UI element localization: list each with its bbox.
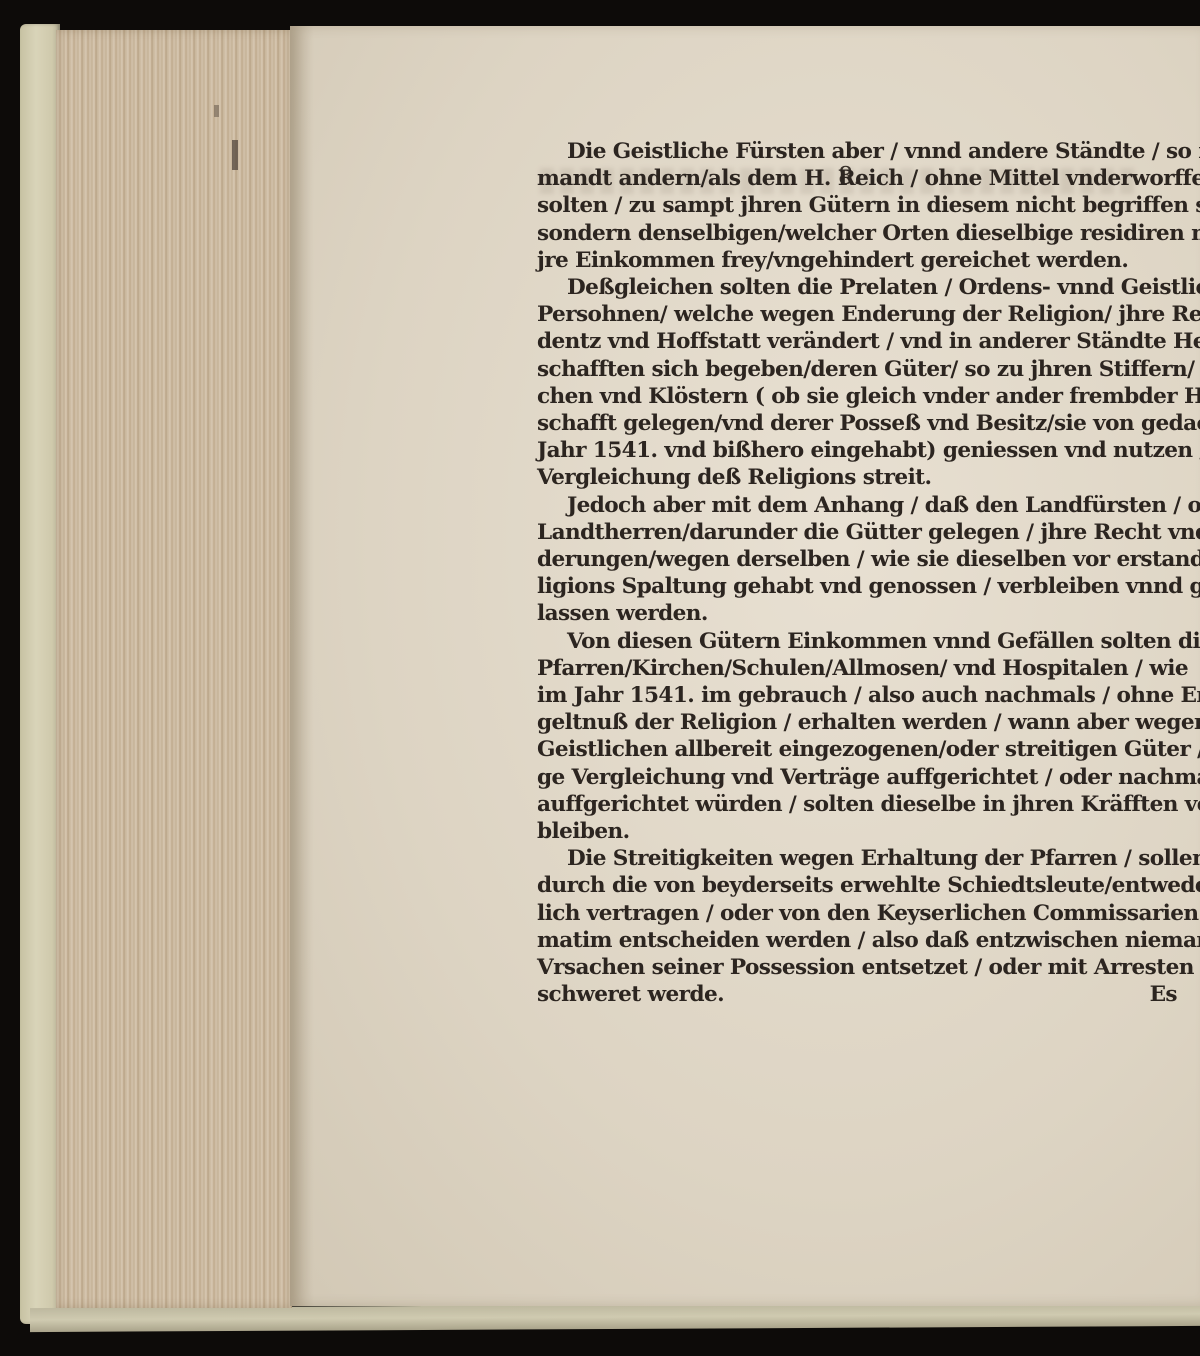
text-line: auffgerichtet würden / solten dieselbe i…: [537, 791, 1177, 818]
text-line: mandt andern/als dem H. Reich / ohne Mit…: [537, 165, 1177, 192]
text-line: chen vnd Klöstern ( ob sie gleich vnder …: [537, 383, 1177, 410]
text-line: Vrsachen seiner Possession entsetzet / o…: [537, 954, 1177, 981]
text-line: schweret werde.: [537, 981, 724, 1008]
gutter-shadow: [290, 26, 314, 1306]
text-line: Deßgleichen solten die Prelaten / Ordens…: [537, 274, 1177, 301]
catchword: Es: [1150, 981, 1177, 1008]
paragraph: Von diesen Gütern Einkommen vnnd Gefälle…: [537, 628, 1177, 846]
text-line: jre Einkommen frey/vngehindert gereichet…: [537, 247, 1177, 274]
text-line: Die Geistliche Fürsten aber / vnnd ander…: [537, 138, 1177, 165]
text-line: bleiben.: [537, 818, 1177, 845]
text-line: dentz vnd Hoffstatt verändert / vnd in a…: [537, 328, 1177, 355]
text-line: ligions Spaltung gehabt vnd genossen / v…: [537, 573, 1177, 600]
text-line: Geistlichen allbereit eingezogenen/oder …: [537, 736, 1177, 763]
ink-stain: [214, 105, 219, 117]
vellum-cover-edge: [20, 24, 60, 1324]
text-line: Vergleichung deß Religions streit.: [537, 464, 1177, 491]
text-line: Persohnen/ welche wegen Enderung der Rel…: [537, 301, 1177, 328]
text-line: solten / zu sampt jhren Gütern in diesem…: [537, 192, 1177, 219]
text-line: Die Streitigkeiten wegen Erhaltung der P…: [537, 845, 1177, 872]
text-line: Jedoch aber mit dem Anhang / daß den Lan…: [537, 492, 1177, 519]
text-line: schafft gelegen/vnd derer Posseß vnd Bes…: [537, 410, 1177, 437]
text-line: Pfarren/Kirchen/Schulen/Allmosen/ vnd Ho…: [537, 655, 1177, 682]
text-line: lassen werden.: [537, 600, 1177, 627]
paragraph: Jedoch aber mit dem Anhang / daß den Lan…: [537, 492, 1177, 628]
page-text: Die Geistliche Fürsten aber / vnnd ander…: [537, 138, 1177, 1009]
ink-stain: [232, 140, 238, 170]
book-page: 8. Die Geistliche Fürsten aber / vnnd an…: [290, 26, 1200, 1306]
text-line: lich vertragen / oder von den Keyserlich…: [537, 900, 1177, 927]
text-line: Jahr 1541. vnd bißhero eingehabt) genies…: [537, 437, 1177, 464]
text-line: Landtherren/darunder die Gütter gelegen …: [537, 519, 1177, 546]
text-line: Von diesen Gütern Einkommen vnnd Gefälle…: [537, 628, 1177, 655]
text-line: derungen/wegen derselben / wie sie diese…: [537, 546, 1177, 573]
text-line: sondern denselbigen/welcher Orten diesel…: [537, 220, 1177, 247]
text-line: schafften sich begeben/deren Güter/ so z…: [537, 356, 1177, 383]
paragraph: Die Geistliche Fürsten aber / vnnd ander…: [537, 138, 1177, 274]
paragraph: Die Streitigkeiten wegen Erhaltung der P…: [537, 845, 1177, 1008]
book: 8. Die Geistliche Fürsten aber / vnnd an…: [20, 22, 1200, 1340]
text-line: geltnuß der Religion / erhalten werden /…: [537, 709, 1177, 736]
text-line: durch die von beyderseits erwehlte Schie…: [537, 872, 1177, 899]
last-line-with-catchword: schweret werde. Es: [537, 981, 1177, 1008]
text-line: matim entscheiden werden / also daß entz…: [537, 927, 1177, 954]
text-line: im Jahr 1541. im gebrauch / also auch na…: [537, 682, 1177, 709]
page-block-edges: [56, 30, 292, 1308]
text-line: ge Vergleichung vnd Verträge auffgericht…: [537, 764, 1177, 791]
paragraph: Deßgleichen solten die Prelaten / Ordens…: [537, 274, 1177, 492]
